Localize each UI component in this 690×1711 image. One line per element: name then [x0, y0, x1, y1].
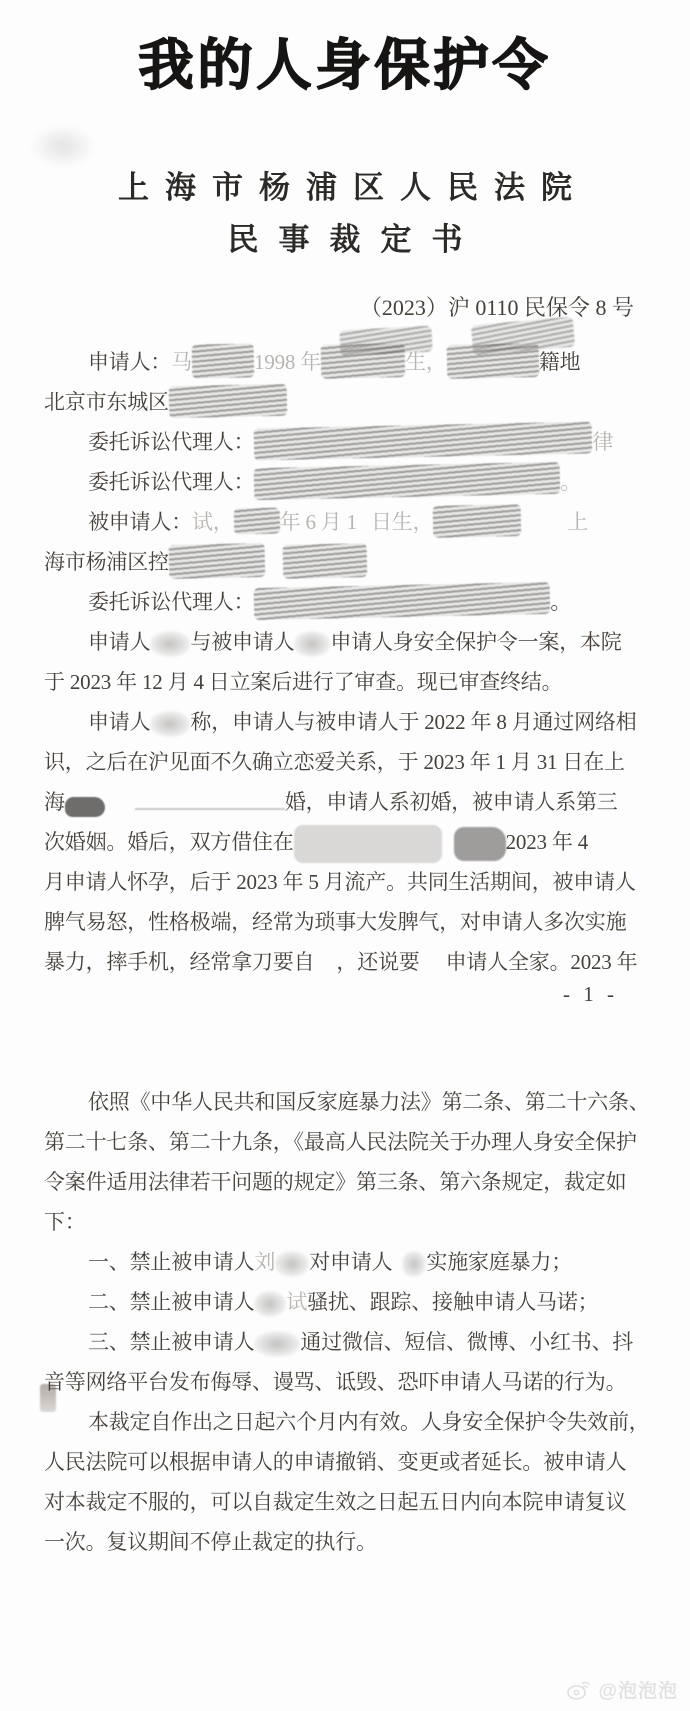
- line-text: 暴力，摔手机，经常拿刀要自: [44, 950, 314, 974]
- line-text: 委托诉讼代理人：: [88, 470, 254, 494]
- document-line: 委托诉讼代理人：律: [44, 422, 650, 462]
- document-line: 北京市东城区: [44, 382, 650, 422]
- line-text: 海: [44, 790, 65, 814]
- redaction-gap: [314, 960, 336, 968]
- document-line: 二、禁止被申请人试骚扰、跟踪、接触申请人马诺；: [44, 1282, 650, 1322]
- weibo-watermark: @泡泡泡: [565, 1676, 678, 1703]
- faint-text: 马: [171, 350, 192, 374]
- redaction-mark: [150, 631, 190, 657]
- document-line: 暴力，摔手机，经常拿刀要自，还说要申请人全家。2023 年: [44, 942, 650, 982]
- redaction-gap: [357, 520, 371, 528]
- redaction-mark: [446, 343, 539, 379]
- document-line: 脾气易怒，性格极端，经常为琐事大发脾气，对申请人多次实施: [44, 902, 650, 942]
- line-text: 申请人: [88, 630, 150, 654]
- line-text: 籍地: [539, 350, 581, 374]
- line-text: ，还说要: [336, 950, 419, 974]
- redaction-mark: [168, 543, 265, 579]
- document-line: 依照《中华人民共和国反家庭暴力法》第二条、第二十六条、: [44, 1082, 650, 1122]
- redaction-mark: [402, 1251, 426, 1277]
- line-text: 二、禁止被申请人: [88, 1290, 254, 1314]
- document-line: 令案件适用法律若干问题的规定》第三条、第六条规定，裁定如: [44, 1162, 650, 1202]
- document-line: 海婚，申请人系初婚，被申请人系第三: [44, 782, 650, 822]
- line-text: 申请人：: [88, 350, 171, 374]
- line-text: 月申请人怀孕，后于 2023 年 5 月流产。共同生活期间，被申请人: [44, 870, 636, 894]
- document-line: 被申请人：试，年 6 月 1日生，上: [44, 502, 650, 542]
- court-name: 上海市杨浦区人民法院: [0, 170, 690, 206]
- document-line: 次婚姻。婚后，双方借住在2023 年 4: [44, 822, 650, 862]
- faint-text: 。: [560, 470, 581, 494]
- redaction-gap: [265, 560, 283, 568]
- line-text: 申请人身安全保护令一案，本院: [330, 630, 621, 654]
- faint-text: 上: [567, 510, 588, 534]
- document-line: 一、禁止被申请人刘对申请人实施家庭暴力；: [44, 1242, 650, 1282]
- redaction-mark: [433, 504, 522, 538]
- document-line: 人民法院可以根据申请人的申请撤销、变更或者延长。被申请人: [44, 1442, 650, 1482]
- line-text: 海市杨浦区控: [44, 550, 169, 574]
- line-text: 申请人: [88, 710, 150, 734]
- document-line: 月申请人怀孕，后于 2023 年 5 月流产。共同生活期间，被申请人: [44, 862, 650, 902]
- line-text: 骚扰、跟踪、接触申请人马诺；: [307, 1290, 598, 1314]
- redaction-mark: [454, 827, 506, 861]
- redaction-mark: [192, 344, 255, 379]
- faint-text: 1998 年: [254, 350, 321, 374]
- redaction-mark: [294, 825, 442, 863]
- line-text: 2023 年 4: [506, 830, 588, 854]
- line-text: 令案件适用法律若干问题的规定》第三条、第六条规定，裁定如: [44, 1170, 626, 1194]
- redaction-mark: [294, 631, 330, 657]
- faint-text: 试，: [192, 510, 234, 534]
- document-line: 委托诉讼代理人：。: [44, 462, 650, 502]
- line-text: 婚，申请人系初婚，被申请人系第三: [285, 790, 618, 814]
- redaction-mark: [254, 422, 593, 461]
- handwritten-title: 我的人身保护令: [0, 30, 690, 100]
- document-line: 三、禁止被申请人通过微信、短信、微博、小红书、抖: [44, 1322, 650, 1362]
- redaction-mark: [254, 1331, 300, 1357]
- document-line: 音等网络平台发布侮辱、谩骂、诋毁、恐吓申请人马诺的行为。: [44, 1362, 650, 1402]
- line-text: 一次。复议期间不停止裁定的执行。: [44, 1530, 377, 1554]
- line-text: 被申请人：: [88, 510, 192, 534]
- redaction-mark: [254, 582, 551, 620]
- line-text: 脾气易怒，性格极端，经常为琐事大发脾气，对申请人多次实施: [44, 910, 626, 934]
- redaction-gap: [442, 840, 454, 848]
- line-text: 对申请人: [309, 1250, 392, 1274]
- redaction-gap: [105, 800, 135, 808]
- line-text: 依照《中华人民共和国反家庭暴力法》第二条、第二十六条、: [88, 1090, 650, 1114]
- document-line: 申请人称，申请人与被申请人于 2022 年 8 月通过网络相: [44, 702, 650, 742]
- redaction-mark: [65, 797, 105, 817]
- line-text: 对本裁定不服的，可以自裁定生效之日起五日内向本院申请复议: [44, 1490, 626, 1514]
- line-text: 人民法院可以根据申请人的申请撤销、变更或者延长。被申请人: [44, 1450, 626, 1474]
- document-line: 第二十七条、第二十九条，《最高人民法院关于办理人身安全保护: [44, 1122, 650, 1162]
- page-1-body: 申请人：马1998 年生，籍地北京市东城区委托诉讼代理人：律委托诉讼代理人：。被…: [44, 342, 650, 982]
- redaction-mark: [168, 384, 287, 418]
- document-line: 本裁定自作出之日起六个月内有效。人身安全保护令失效前，: [44, 1402, 650, 1442]
- document-photo: 我的人身保护令 上海市杨浦区人民法院 民事裁定书 （2023）沪 0110 民保…: [0, 0, 690, 1711]
- document-type: 民事裁定书: [0, 222, 690, 258]
- document-line: 下：: [44, 1202, 650, 1242]
- faint-text: 生，: [405, 350, 447, 374]
- redaction-mark: [150, 711, 190, 737]
- case-number: （2023）沪 0110 民保令 8 号: [360, 294, 634, 322]
- line-text: 三、禁止被申请人: [88, 1330, 254, 1354]
- document-line: 海市杨浦区控: [44, 542, 650, 582]
- line-text: 识，之后在沪见面不久确立恋爱关系，于 2023 年 1 月 31 日在上: [44, 750, 625, 774]
- scan-smudge: [30, 124, 96, 168]
- line-text: 下：: [44, 1210, 86, 1234]
- document-line: 申请人与被申请人申请人身安全保护令一案，本院: [44, 622, 650, 662]
- faint-text: 日生，: [371, 510, 433, 534]
- line-text: 委托诉讼代理人：: [88, 430, 254, 454]
- redaction-gap: [420, 960, 446, 968]
- redaction-mark: [282, 543, 367, 579]
- document-line: 申请人：马1998 年生，籍地: [44, 342, 650, 382]
- faint-text: 试: [286, 1290, 307, 1314]
- line-text: 第二十七条、第二十九条，《最高人民法院关于办理人身安全保护: [44, 1130, 637, 1154]
- redaction-gap: [392, 1260, 402, 1268]
- line-text: 一、禁止被申请人: [88, 1250, 254, 1274]
- line-text: 次婚姻。婚后，双方借住在: [44, 830, 294, 854]
- redaction-mark: [135, 798, 285, 810]
- weibo-icon: [565, 1679, 592, 1700]
- line-text: 委托诉讼代理人：: [88, 590, 254, 614]
- redaction-mark: [254, 1291, 286, 1317]
- line-text: 于 2023 年 12 月 4 日立案后进行了审查。现已审查终结。: [44, 670, 562, 694]
- line-text: 。: [550, 590, 571, 614]
- faint-text: 律: [592, 430, 613, 454]
- watermark-handle: @泡泡泡: [598, 1676, 678, 1703]
- document-line: 于 2023 年 12 月 4 日立案后进行了审查。现已审查终结。: [44, 662, 650, 702]
- document-line: 对本裁定不服的，可以自裁定生效之日起五日内向本院申请复议: [44, 1482, 650, 1522]
- line-text: 称，申请人与被申请人于 2022 年 8 月通过网络相: [190, 710, 636, 734]
- redaction-mark: [275, 1251, 309, 1277]
- line-text: 通过微信、短信、微博、小红书、抖: [300, 1330, 633, 1354]
- line-text: 实施家庭暴力；: [426, 1250, 572, 1274]
- line-text: 音等网络平台发布侮辱、谩骂、诋毁、恐吓申请人马诺的行为。: [44, 1370, 626, 1394]
- faint-text: 年 6 月 1: [280, 510, 357, 534]
- line-text: 与被申请人: [190, 630, 294, 654]
- page-2-body: 依照《中华人民共和国反家庭暴力法》第二条、第二十六条、第二十七条、第二十九条，《…: [44, 1082, 650, 1562]
- document-line: 委托诉讼代理人：。: [44, 582, 650, 622]
- line-text: 本裁定自作出之日起六个月内有效。人身安全保护令失效前，: [88, 1410, 650, 1434]
- line-text: 北京市东城区: [44, 390, 169, 414]
- faint-text: 刘: [254, 1250, 275, 1274]
- line-text: 申请人全家。2023 年: [446, 950, 638, 974]
- redaction-mark: [233, 508, 280, 535]
- redaction-gap: [521, 520, 567, 528]
- document-line: 识，之后在沪见面不久确立恋爱关系，于 2023 年 1 月 31 日在上: [44, 742, 650, 782]
- redaction-mark: [321, 343, 406, 379]
- redaction-mark: [254, 462, 561, 500]
- page-number: - 1 -: [563, 982, 618, 1007]
- document-line: 一次。复议期间不停止裁定的执行。: [44, 1522, 650, 1562]
